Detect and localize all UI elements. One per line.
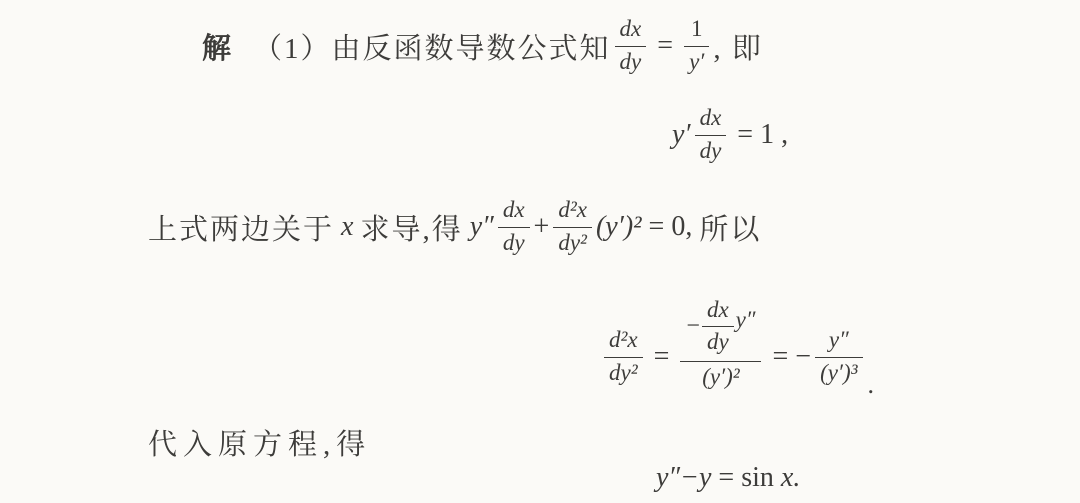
sin-function: sin (741, 462, 774, 494)
fraction-denominator: (y′)³ (815, 358, 862, 389)
y-prime-squared: (y′)² (596, 211, 642, 243)
fraction-denominator: dy (498, 228, 530, 259)
fraction-denominator: dy (702, 327, 734, 358)
equation-rhs: = 1 , (737, 119, 788, 151)
substitution-line: 代入原方程,得 (148, 420, 371, 464)
fraction-denominator: dy² (604, 358, 643, 389)
fraction-denominator: dy (695, 136, 727, 167)
fraction-numerator: dx (702, 295, 734, 327)
minus-sign: − (686, 313, 700, 340)
equals-sign: = (657, 30, 673, 62)
solution-intro-line: 解 （1） 由反函数导数公式知 dx dy = 1 y′ , 即 (202, 10, 763, 82)
y-double-prime: y″ (470, 211, 494, 243)
equation-lhs: y″−y (656, 462, 711, 494)
y-double-prime: y″ (736, 307, 756, 333)
fraction-ydd-over-yprime-cubed: y″ (y′)³ (815, 325, 862, 388)
fraction-denominator: dy² (553, 228, 592, 259)
fraction-numerator: d²x (553, 195, 592, 227)
fraction-numerator: dx (695, 103, 727, 135)
variable-x: x (341, 211, 353, 243)
compound-numerator: − dx dy y″ (680, 295, 761, 361)
derivation-line: 上式两边关于 x 求导,得 y″ dx dy + d²x dy² (y′)² =… (148, 191, 761, 263)
scanned-textbook-page: 解 （1） 由反函数导数公式知 dx dy = 1 y′ , 即 y′ dx d… (0, 0, 1080, 503)
fraction-denominator: dy (615, 47, 647, 78)
period: . (868, 370, 875, 400)
fraction-1-over-yprime: 1 y′ (684, 14, 709, 77)
equals-sign: = (772, 341, 788, 373)
fraction-numerator: dx (615, 14, 647, 46)
fraction-dx-dy: dx dy (695, 103, 727, 166)
fraction-numerator: dx (498, 195, 530, 227)
minus-sign: − (795, 341, 811, 373)
intro-text: 由反函数导数公式知 (332, 26, 611, 67)
plus-sign: + (534, 211, 550, 243)
display-equation-3: y″−y = sin x. (656, 456, 800, 500)
derivation-text-mid: 求导,得 (360, 207, 462, 248)
fraction-numerator: d²x (604, 325, 643, 357)
fraction-dx-dy: dx dy (498, 195, 530, 258)
middle-compound-fraction: − dx dy y″ (y′)² (680, 295, 761, 392)
therefore-text: 所以 (699, 207, 761, 248)
fraction-dx-dy: dx dy (615, 14, 647, 77)
comma-then-namely: , 即 (713, 26, 763, 67)
derivation-text-lead: 上式两边关于 (148, 207, 334, 248)
fraction-numerator: 1 (684, 14, 709, 46)
substitution-text: 代入原方程,得 (148, 422, 371, 463)
equation-argument: x. (781, 462, 800, 494)
fraction-numerator: y″ (815, 325, 862, 357)
display-equation-1: y′ dx dy = 1 , (672, 99, 788, 171)
equals-sign: = (654, 341, 670, 373)
y-prime: y′ (672, 119, 691, 151)
equals-sign: = (718, 462, 734, 494)
fraction-d2x-dy2: d²x dy² (553, 195, 592, 258)
fraction-denominator: y′ (684, 47, 709, 78)
fraction-d2x-dy2: d²x dy² (604, 325, 643, 388)
display-equation-2: d²x dy² = − dx dy y″ (y′)² = − y″ (y′)³ … (600, 293, 874, 421)
part-number: （1） (253, 26, 332, 67)
solution-keyword: 解 (202, 26, 231, 67)
equation-rhs: = 0, (649, 211, 693, 243)
fraction-denominator: (y′)² (680, 362, 761, 393)
fraction-dx-dy: dx dy (702, 295, 734, 358)
